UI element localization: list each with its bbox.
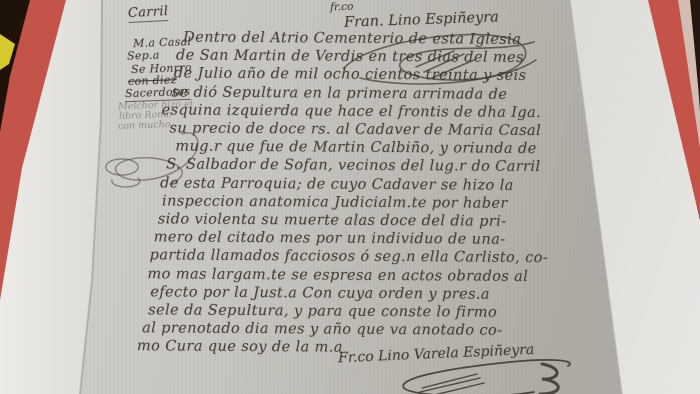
closing-signature-rubric-icon — [392, 358, 582, 394]
margin-place-note: Carril — [128, 4, 169, 23]
top-signature-abbrev: fr.co — [330, 1, 354, 14]
record-body: Dentro del Atrio Cementerio de esta Igle… — [147, 28, 649, 359]
photographed-burial-record: fr.co Fran. Lino Espiñeyra Carril M.a Ca… — [0, 0, 700, 394]
